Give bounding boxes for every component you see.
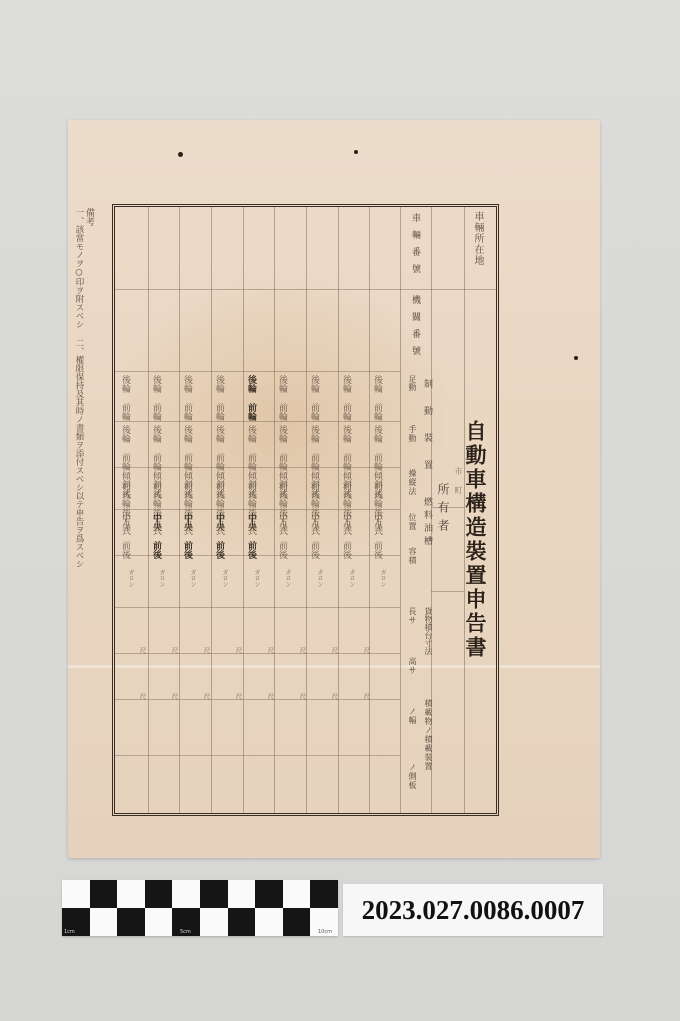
unit-mark: 尺	[361, 647, 372, 654]
load-carrying-label: 積載物ノ積載裝置	[423, 699, 434, 771]
unit-mark: 尺	[233, 693, 244, 700]
owner-prefix: 市 町	[453, 467, 464, 495]
catalog-label: 2023.027.0086.0007	[343, 884, 603, 936]
form-table: 車輛所在地 市 町 所有者 車輛番號 機關番號 足動 手動 操縦法 位置 容積 …	[112, 204, 499, 816]
document-sheet: 備考 一、該當モノヲ○印ヲ附スベシ 二、權限保持及其時ノ書類ヲ添付スベシ以テ申告…	[68, 120, 600, 858]
unit-mark: 尺	[169, 647, 180, 654]
foot-brake-label: 足動	[407, 375, 418, 391]
steering-label: 操縦法	[407, 469, 418, 496]
owner-label: 所有者	[435, 483, 452, 537]
unit-mark: 尺	[233, 647, 244, 654]
punch-hole	[574, 356, 578, 360]
unit-mark: 尺	[137, 647, 148, 654]
unit-mark: 尺	[265, 693, 276, 700]
unit-mark: 尺	[201, 693, 212, 700]
unit-mark: 尺	[329, 693, 340, 700]
brake-device-label: 制動裝置	[421, 379, 434, 487]
unit-mark: 尺	[201, 647, 212, 654]
remarks-text: 一、該當モノヲ○印ヲ附スベシ 二、權限保持及其時ノ書類ヲ添付スベシ以テ申告ヲ爲ス…	[74, 208, 84, 568]
remarks-label: 備考	[84, 208, 94, 552]
length-label: 長サ	[407, 607, 418, 625]
catalog-number: 2023.027.0086.0007	[362, 895, 585, 926]
scale-label-5cm: 5cm	[180, 929, 191, 935]
punch-hole	[354, 150, 358, 154]
engine-number-label: 機關番號	[409, 295, 422, 363]
scale-label-10cm: 10cm	[318, 929, 332, 935]
unit-mark: 尺	[265, 647, 276, 654]
capacity-label: 容積	[407, 547, 418, 565]
unit-mark: 尺	[297, 693, 308, 700]
scale-label-1cm: 1cm	[64, 929, 75, 935]
unit-mark: 尺	[329, 647, 340, 654]
unit-mark: 尺	[361, 693, 372, 700]
color-scale-bar: 1cm 5cm 10cm	[62, 880, 338, 936]
fuel-tank-label: 燃料油槽	[421, 497, 434, 549]
vehicle-location-label: 車輛所在地	[470, 211, 485, 266]
unit-mark: 尺	[169, 693, 180, 700]
vehicle-number-label: 車輛番號	[409, 213, 422, 281]
position-label: 位置	[407, 513, 418, 531]
width-label: ノ幅	[407, 707, 418, 725]
hand-brake-label: 手動	[407, 425, 418, 443]
punch-hole	[178, 152, 183, 157]
cargo-bed-label: 貨物積台寸法	[423, 607, 434, 655]
height-label: 高サ	[407, 657, 418, 675]
remarks: 備考 一、該當モノヲ○印ヲ附スベシ 二、權限保持及其時ノ書類ヲ添付スベシ以テ申告…	[74, 208, 94, 568]
unit-mark: 尺	[137, 693, 148, 700]
side-rails-label: ノ側板	[407, 763, 418, 790]
unit-mark: 尺	[297, 647, 308, 654]
